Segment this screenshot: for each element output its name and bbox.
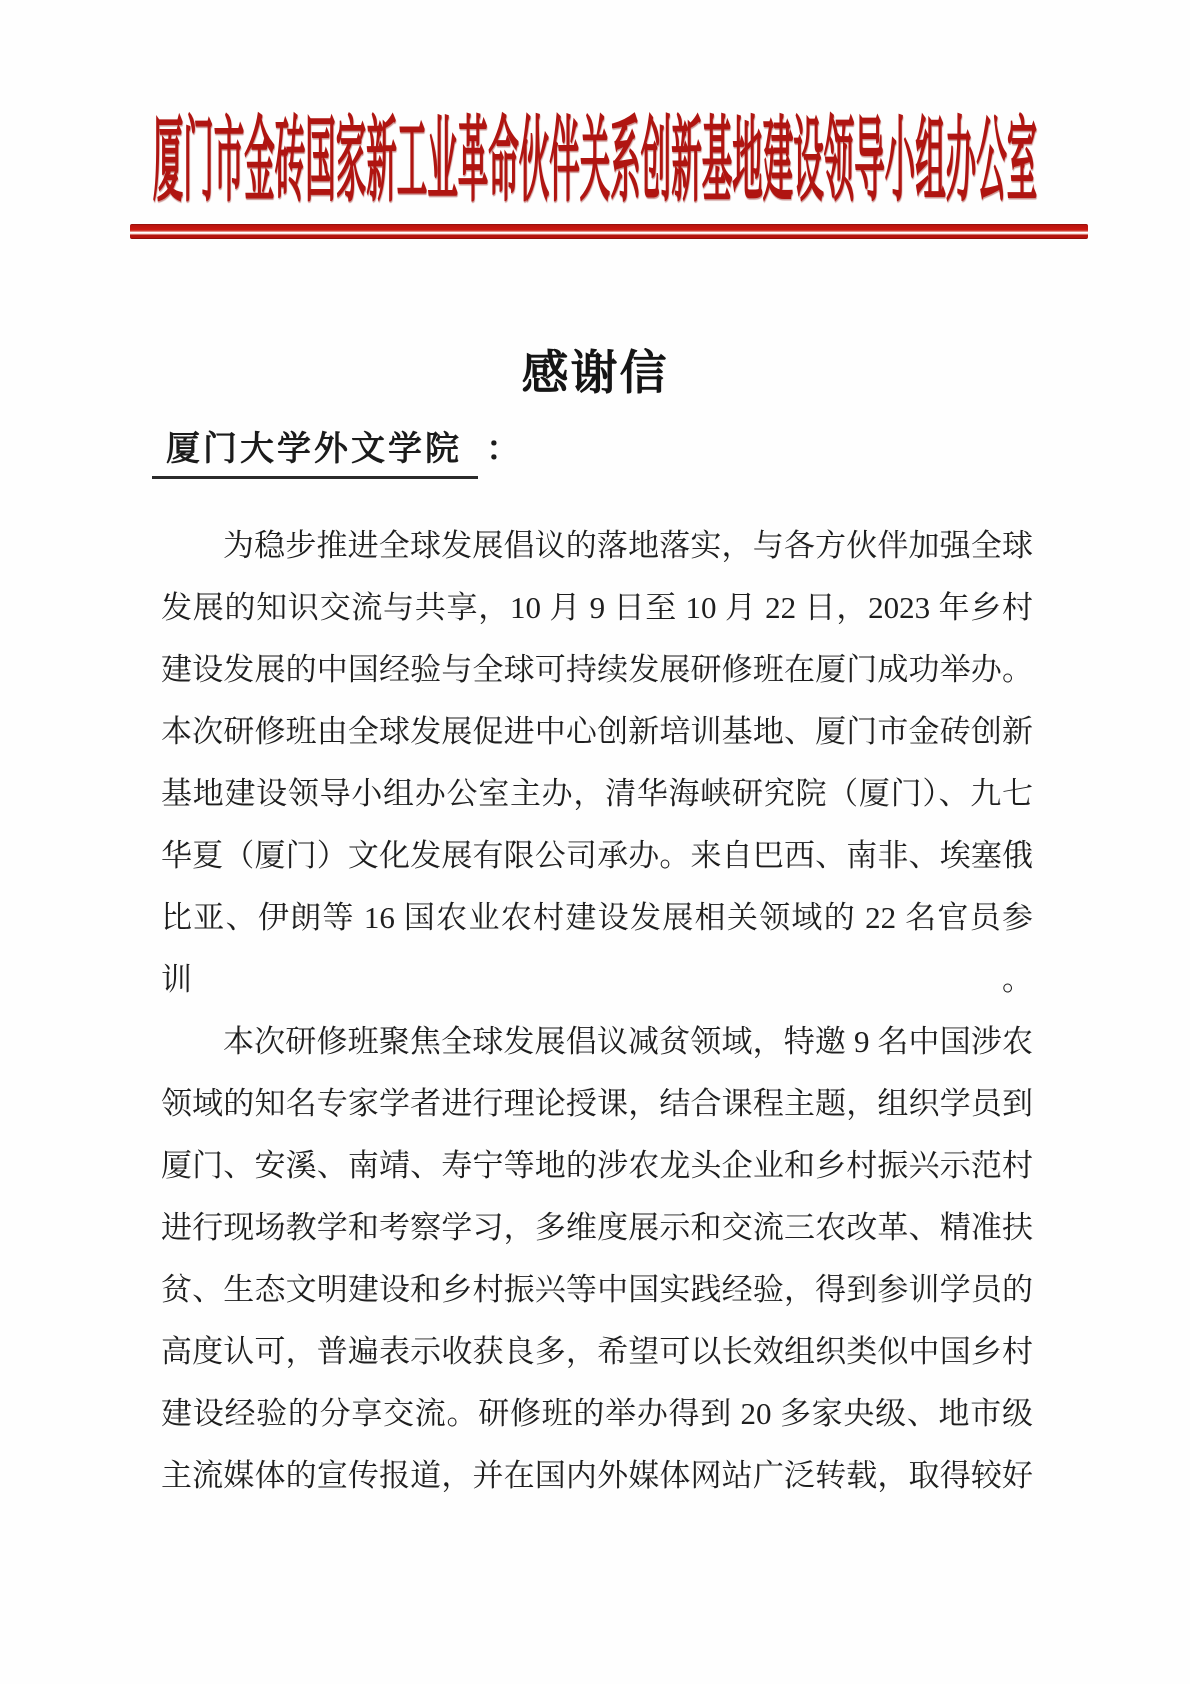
body-line: 基地建设领导小组办公室主办，清华海峡研究院（厦门）、九七 xyxy=(161,763,1033,825)
body-line: 比亚、伊朗等 16 国农业农村建设发展相关领域的 22 名官员参训。 xyxy=(161,887,1033,1011)
body-line: 进行现场教学和考察学习，多维度展示和交流三农改革、精准扶 xyxy=(161,1197,1033,1259)
body-line: 华夏（厦门）文化发展有限公司承办。来自巴西、南非、埃塞俄 xyxy=(161,825,1033,887)
body-line: 建设发展的中国经验与全球可持续发展研修班在厦门成功举办。 xyxy=(161,639,1033,701)
letter-title: 感谢信 xyxy=(0,336,1190,403)
letterhead-org-name: 厦门市金砖国家新工业革命伙伴关系创新基地建设领导小组办公室 xyxy=(153,116,1038,211)
body-line: 厦门、安溪、南靖、寿宁等地的涉农龙头企业和乡村振兴示范村 xyxy=(161,1135,1033,1197)
body-line: 为稳步推进全球发展倡议的落地落实，与各方伙伴加强全球 xyxy=(161,515,1033,577)
salutation-colon: ： xyxy=(486,428,520,472)
body-line: 贫、生态文明建设和乡村振兴等中国实践经验，得到参训学员的 xyxy=(161,1259,1033,1321)
letter-page: 厦门市金砖国家新工业革命伙伴关系创新基地建设领导小组办公室 感谢信 厦门大学外文… xyxy=(0,0,1190,1684)
body-line: 发展的知识交流与共享，10 月 9 日至 10 月 22 日，2023 年乡村 xyxy=(161,577,1033,639)
salutation-recipient: 厦门大学外文学院 xyxy=(152,428,478,479)
paragraph: 为稳步推进全球发展倡议的落地落实，与各方伙伴加强全球发展的知识交流与共享，10 … xyxy=(161,515,1033,1011)
body-line: 建设经验的分享交流。研修班的举办得到 20 多家央级、地市级 xyxy=(161,1383,1033,1445)
paragraph: 本次研修班聚焦全球发展倡议减贫领域，特邀 9 名中国涉农领域的知名专家学者进行理… xyxy=(161,1011,1033,1507)
letter-body: 为稳步推进全球发展倡议的落地落实，与各方伙伴加强全球发展的知识交流与共享，10 … xyxy=(161,515,1033,1507)
body-line: 本次研修班聚焦全球发展倡议减贫领域，特邀 9 名中国涉农 xyxy=(161,1011,1033,1073)
body-line: 高度认可，普遍表示收获良多，希望可以长效组织类似中国乡村 xyxy=(161,1321,1033,1383)
salutation: 厦门大学外文学院： xyxy=(152,428,520,479)
body-line: 本次研修班由全球发展促进中心创新培训基地、厦门市金砖创新 xyxy=(161,701,1033,763)
body-line: 领域的知名专家学者进行理论授课，结合课程主题，组织学员到 xyxy=(161,1073,1033,1135)
letterhead-divider-rule xyxy=(130,224,1088,239)
body-line: 主流媒体的宣传报道，并在国内外媒体网站广泛转载，取得较好 xyxy=(161,1445,1033,1507)
letterhead: 厦门市金砖国家新工业革命伙伴关系创新基地建设领导小组办公室 xyxy=(0,148,1190,179)
